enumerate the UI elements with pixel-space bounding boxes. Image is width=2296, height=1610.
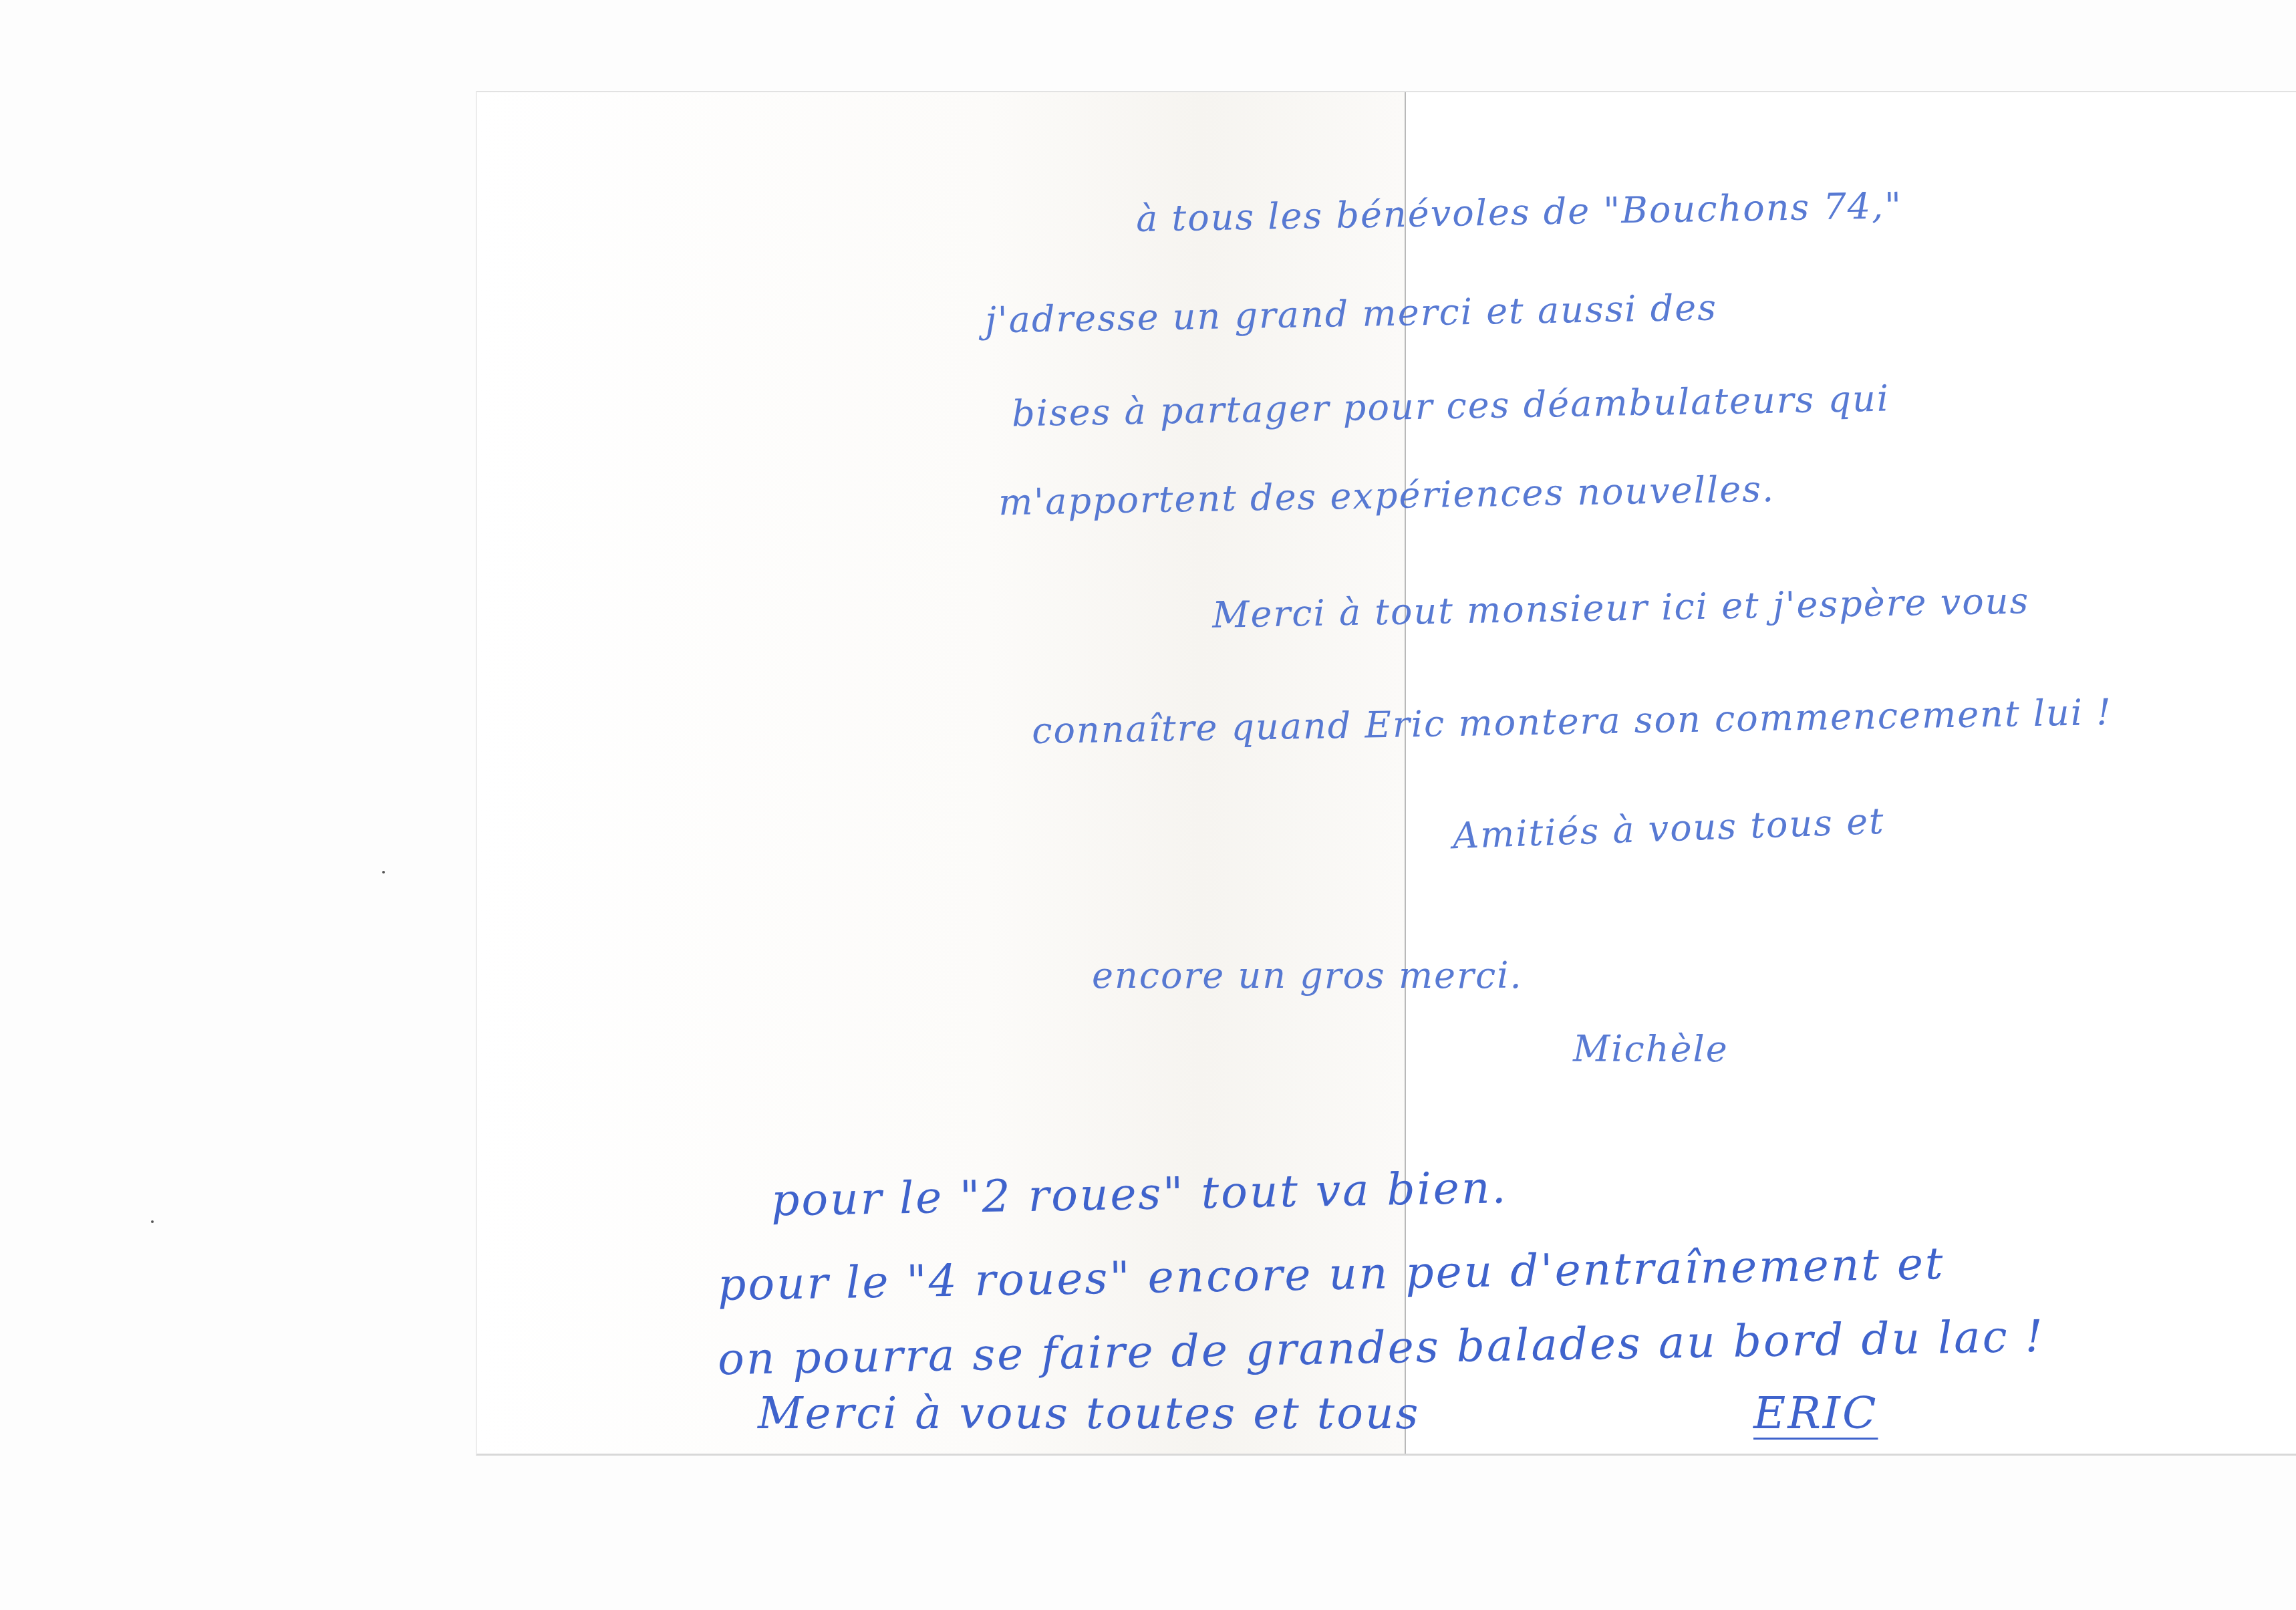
postscript-line: Merci à vous toutes et tous — [758, 1387, 1420, 1439]
signature-eric: ERIC — [1753, 1387, 1878, 1439]
dust-speck — [382, 871, 385, 874]
dust-speck — [151, 1220, 154, 1223]
letter-line: encore un gros merci. — [1092, 954, 1523, 996]
scanned-page: à tous les bénévoles de "Bouchons 74," j… — [0, 0, 2296, 1610]
folded-card: à tous les bénévoles de "Bouchons 74," j… — [476, 91, 2296, 1456]
letter-line: Amitiés à vous tous et — [1452, 800, 1886, 857]
signature-michele: Michèle — [1573, 1028, 1729, 1070]
